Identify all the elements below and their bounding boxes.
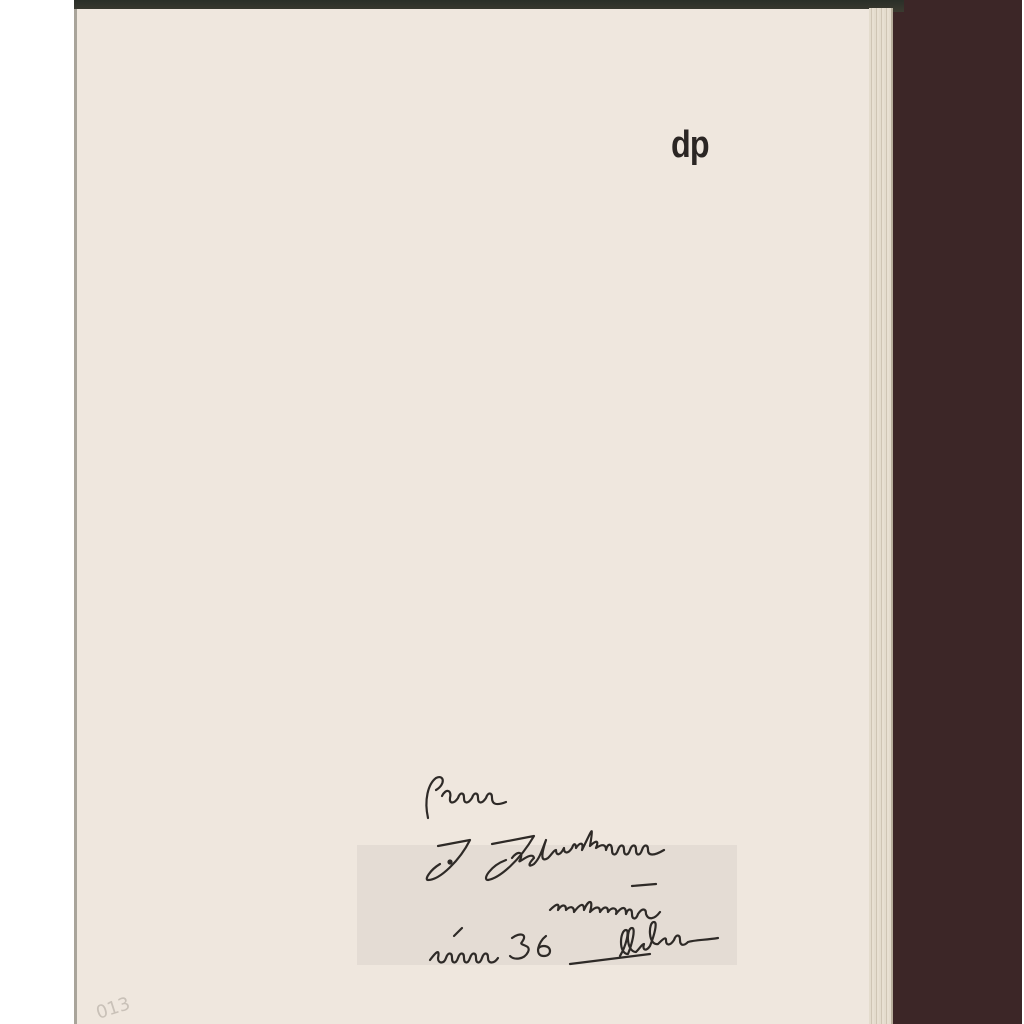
handwritten-dedication: Panu J. Jezdinskému srdečně únor 36 Ulle… [320, 760, 840, 970]
dark-backing [874, 0, 1022, 1024]
handwriting-strokes [320, 760, 860, 980]
page-edges [869, 8, 893, 1024]
publisher-mark: dp [671, 126, 709, 164]
